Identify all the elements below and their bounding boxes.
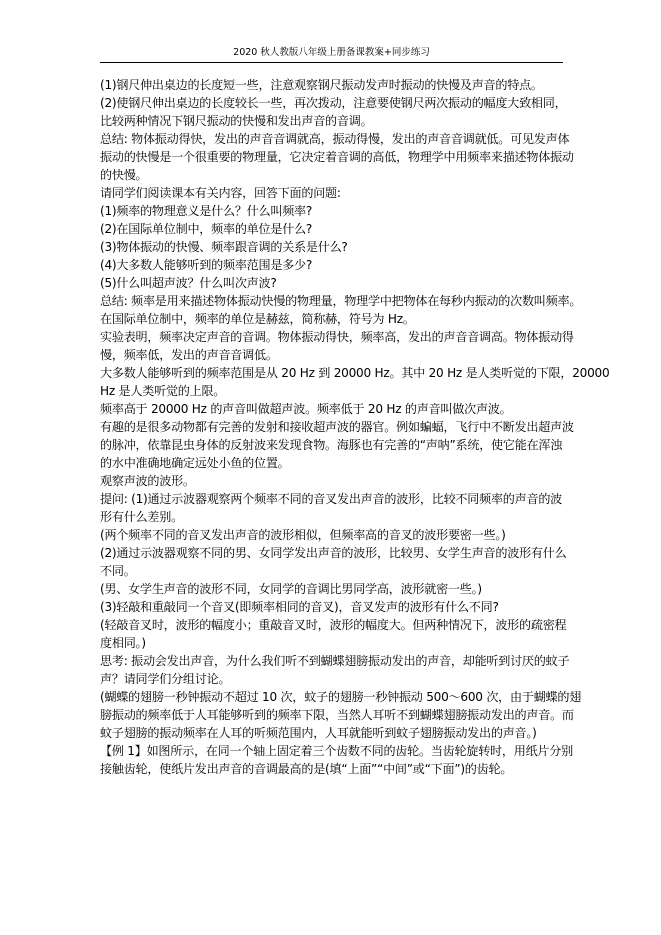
text-line: (2)使钢尺伸出桌边的长度较长一些，再次拨动，注意要使钢尺两次振动的幅度大致相同… — [100, 94, 566, 112]
page-header: 2020 秋人教版八年级上册备课教案+同步练习 — [100, 46, 563, 60]
text-line: (4)大多数人能够听到的频率范围是多少? — [100, 256, 566, 274]
text-line: 振动的快慢是一个很重要的物理量，它决定着音调的高低，物理学中用频率来描述物体振动 — [100, 148, 566, 166]
text-line: (两个频率不同的音叉发出声音的波形相似，但频率高的音叉的波形要密一些。) — [100, 526, 566, 544]
text-line: 形有什么差别。 — [100, 508, 566, 526]
text-line: 思考: 振动会发出声音，为什么我们听不到蝴蝶翅膀振动发出的声音，却能听到讨厌的蚊… — [100, 652, 566, 670]
text-line: (1)钢尺伸出桌边的长度短一些，注意观察钢尺振动发声时振动的快慢及声音的特点。 — [100, 76, 566, 94]
text-line: 总结: 物体振动得快，发出的声音音调就高，振动得慢，发出的声音音调就低。可见发声… — [100, 130, 566, 148]
text-line: (男、女学生声音的波形不同，女同学的音调比男同学高，波形就密一些。) — [100, 580, 566, 598]
header-title: 2020 秋人教版八年级上册备课教案+同步练习 — [233, 47, 430, 58]
text-line: 频率高于 20000 Hz 的声音叫做超声波。频率低于 20 Hz 的声音叫做次… — [100, 400, 566, 418]
text-line: 提问: (1)通过示波器观察两个频率不同的音叉发出声音的波形，比较不同频率的声音… — [100, 490, 566, 508]
text-line: Hz 是人类听觉的上限。 — [100, 382, 566, 400]
text-line: (3)轻敲和重敲同一个音叉(即频率相同的音叉)，音叉发声的波形有什么不同? — [100, 598, 566, 616]
text-line: (1)频率的物理意义是什么？什么叫频率? — [100, 202, 566, 220]
text-line: 的脉冲，依靠昆虫身体的反射波来发现食物。海豚也有完善的“声呐”系统，使它能在浑浊 — [100, 436, 566, 454]
text-line: (轻敲音叉时，波形的幅度小；重敲音叉时，波形的幅度大。但两种情况下，波形的疏密程 — [100, 616, 566, 634]
text-line: 观察声波的波形。 — [100, 472, 566, 490]
text-line: 的水中准确地确定远处小鱼的位置。 — [100, 454, 566, 472]
text-line: 度相同。) — [100, 634, 566, 652]
text-line: 接触齿轮，使纸片发出声音的音调最高的是(填“上面”“中间”或“下面”)的齿轮。 — [100, 760, 566, 778]
text-line: 蚊子翅膀的振动频率在人耳的听频范围内，人耳就能听到蚊子翅膀振动发出的声音。) — [100, 724, 566, 742]
text-line: 膀振动的频率低于人耳能够听到的频率下限，当然人耳听不到蝴蝶翅膀振动发出的声音。而 — [100, 706, 566, 724]
header-rule — [100, 62, 563, 63]
text-line: (2)通过示波器观察不同的男、女同学发出声音的波形，比较男、女学生声音的波形有什… — [100, 544, 566, 562]
text-line: 声？请同学们分组讨论。 — [100, 670, 566, 688]
text-line: 在国际单位制中，频率的单位是赫兹，简称赫，符号为 Hz。 — [100, 310, 566, 328]
text-line: 请同学们阅读课本有关内容，回答下面的问题: — [100, 184, 566, 202]
text-line: (蝴蝶的翅膀一秒钟振动不超过 10 次，蚊子的翅膀一秒钟振动 500～600 次… — [100, 688, 566, 706]
text-line: 【例 1】如图所示，在同一个轴上固定着三个齿数不同的齿轮。当齿轮旋转时，用纸片分… — [100, 742, 566, 760]
text-line: (3)物体振动的快慢、频率跟音调的关系是什么? — [100, 238, 566, 256]
text-line: 有趣的是很多动物都有完善的发射和接收超声波的器官。例如蝙蝠，飞行中不断发出超声波 — [100, 418, 566, 436]
text-line: 不同。 — [100, 562, 566, 580]
text-line: 慢，频率低，发出的声音音调低。 — [100, 346, 566, 364]
text-line: 实验表明，频率决定声音的音调。物体振动得快，频率高，发出的声音音调高。物体振动得 — [100, 328, 566, 346]
text-line: 的快慢。 — [100, 166, 566, 184]
text-line: 总结: 频率是用来描述物体振动快慢的物理量，物理学中把物体在每秒内振动的次数叫频… — [100, 292, 566, 310]
text-line: 大多数人能够听到的频率范围是从 20 Hz 到 20000 Hz。其中 20 H… — [100, 364, 566, 382]
text-line: (2)在国际单位制中，频率的单位是什么? — [100, 220, 566, 238]
text-line: (5)什么叫超声波？什么叫次声波? — [100, 274, 566, 292]
text-line: 比较两种情况下钢尺振动的快慢和发出声音的音调。 — [100, 112, 566, 130]
document-body: (1)钢尺伸出桌边的长度短一些，注意观察钢尺振动发声时振动的快慢及声音的特点。(… — [100, 76, 566, 778]
